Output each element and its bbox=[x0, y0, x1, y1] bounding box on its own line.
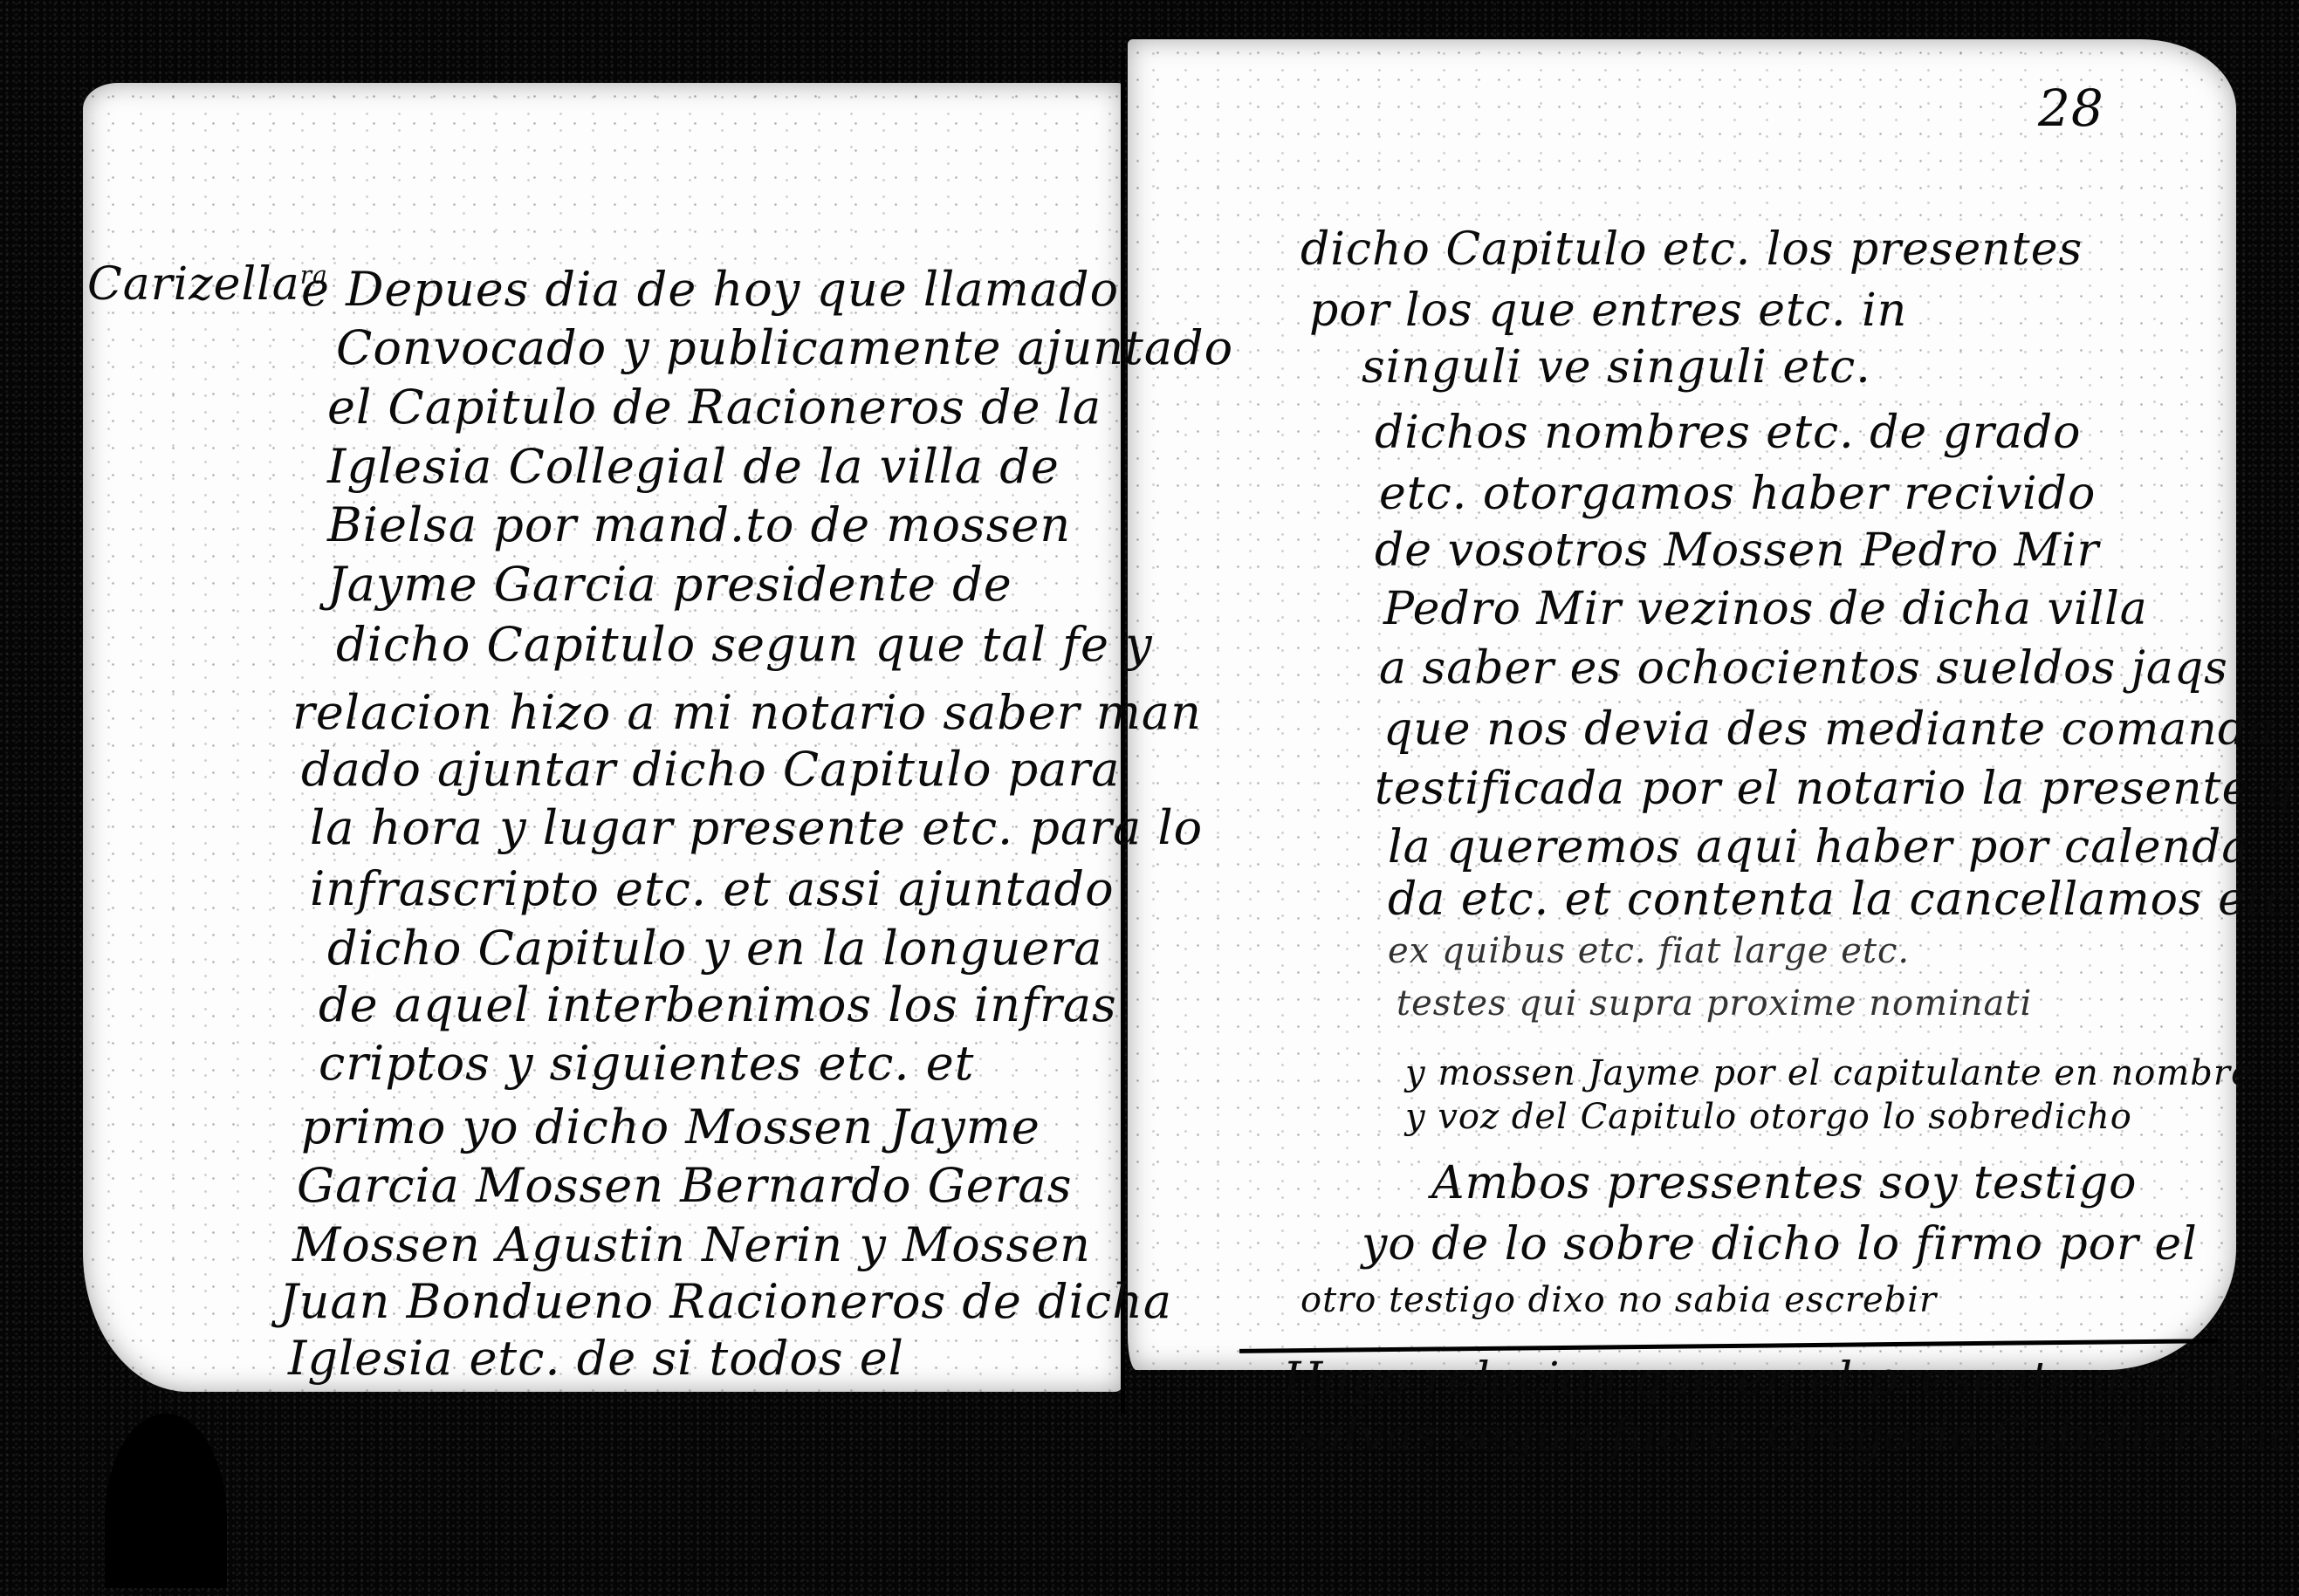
left-line: de aquel interbenimos los infras bbox=[319, 982, 1117, 1029]
left-line: Juan Bondueno Racioneros de dicha bbox=[279, 1278, 1172, 1325]
right-line: testes qui supra proxime nominati bbox=[1397, 986, 2032, 1021]
right-line: dicho Capitulo etc. los presentes bbox=[1300, 227, 2083, 272]
left-line: criptos y siguientes etc. et bbox=[319, 1040, 974, 1087]
left-line: Iglesia Collegial de la villa de bbox=[327, 443, 1060, 490]
right-line: da etc. et contenta la cancellamos etc. bbox=[1388, 877, 2299, 922]
left-line: Mossen Agustin Nerin y Mossen bbox=[292, 1222, 1091, 1269]
left-line: relacion hizo a mi notario saber man bbox=[292, 689, 1202, 736]
left-line: Iglesia etc. de si todos el bbox=[288, 1335, 904, 1382]
thumb-shadow bbox=[105, 1414, 227, 1588]
right-line: dichos nombres etc. de grado bbox=[1375, 410, 2081, 456]
left-line: dado ajuntar dicho Capitulo para bbox=[301, 746, 1120, 793]
right-line: otro testigo dixo no sabia escrebir bbox=[1300, 1283, 1937, 1318]
left-line: Bielsa por mand.to de mossen bbox=[327, 502, 1071, 549]
right-line: ex quibus etc. fiat large etc. bbox=[1388, 934, 1910, 969]
right-line: yo de lo sobre dicho lo firmo por el bbox=[1362, 1222, 2198, 1267]
notary-attestation-line: Hago relacion que en el presente acto no… bbox=[1283, 1357, 2299, 1402]
left-line: e Depues dia de hoy que llamado bbox=[301, 266, 1119, 313]
margin-note: Carizellara bbox=[87, 262, 328, 307]
left-line: Jayme Garcia presidente de bbox=[327, 561, 1012, 608]
left-line: Convocado y publicamente ajuntado bbox=[336, 325, 1233, 372]
right-line: Ambos pressentes soy testigo bbox=[1431, 1161, 2137, 1206]
left-line: dicho Capitulo y en la longuera bbox=[327, 925, 1102, 972]
right-line: por los que entres etc. in bbox=[1309, 288, 1907, 333]
margin-note-text: Carizella bbox=[87, 258, 300, 311]
right-line: singuli ve singuli etc. bbox=[1362, 345, 1871, 390]
right-line: y voz del Capitulo otorgo lo sobredicho bbox=[1405, 1099, 2132, 1134]
right-line: Pedro Mir vezinos de dicha villa bbox=[1383, 586, 2148, 632]
left-line: dicho Capitulo segun que tal fe y bbox=[336, 621, 1153, 668]
left-line: primo yo dicho Mossen Jayme bbox=[301, 1104, 1040, 1151]
right-line: etc. otorgamos haber recivido bbox=[1379, 471, 2096, 517]
notary-attestation-line: salvas segun fuero. Gregorio Caballero n… bbox=[1292, 1414, 2299, 1459]
left-line: la hora y lugar presente etc. para lo bbox=[310, 805, 1203, 852]
left-line: el Capitulo de Racioneros de la bbox=[327, 384, 1101, 431]
right-line: la queremos aqui haber por calenda bbox=[1388, 825, 2249, 870]
right-line: de vosotros Mossen Pedro Mir bbox=[1375, 528, 2099, 573]
right-line: y mossen Jayme por el capitulante en nom… bbox=[1405, 1056, 2253, 1091]
left-line: Garcia Mossen Bernardo Geras bbox=[297, 1162, 1072, 1209]
right-line: testificada por el notario la presente q… bbox=[1375, 766, 2299, 812]
left-line: infrascripto etc. et assi ajuntado bbox=[310, 866, 1115, 913]
right-line: que nos devia des mediante comanda bbox=[1383, 707, 2275, 752]
right-line: a saber es ochocientos sueldos jaqs bbox=[1379, 646, 2228, 691]
page-number: 28 bbox=[2038, 83, 2104, 134]
